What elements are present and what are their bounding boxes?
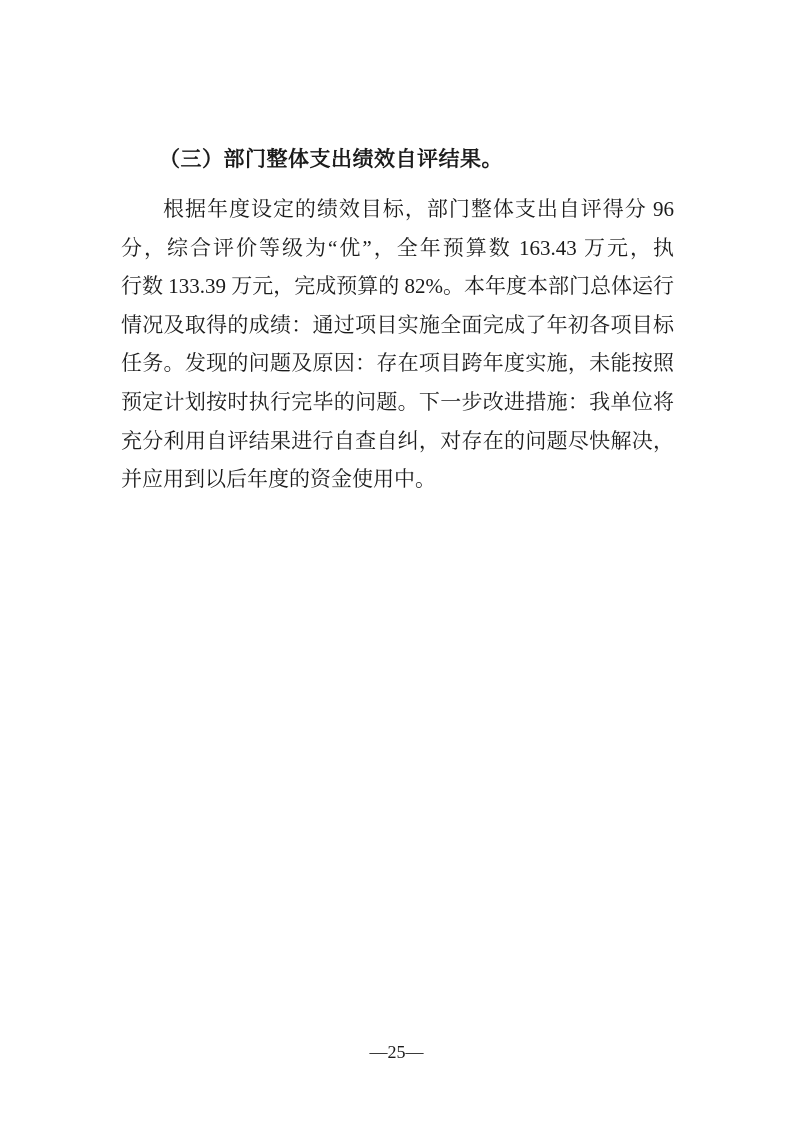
body-line: 任务。发现的问题及原因：存在项目跨年度实施，未能按照: [121, 344, 674, 383]
body-line: 行数 133.39 万元，完成预算的 82%。本年度本部门总体运行: [121, 267, 674, 306]
page-footer: —25—: [0, 1040, 793, 1064]
body-line: 情况及取得的成绩：通过项目实施全面完成了年初各项目标: [121, 306, 674, 345]
section-heading: （三）部门整体支出绩效自评结果。: [121, 146, 674, 172]
document-content: （三）部门整体支出绩效自评结果。 根据年度设定的绩效目标，部门整体支出自评得分 …: [121, 146, 674, 499]
body-line: 预定计划按时执行完毕的问题。下一步改进措施：我单位将: [121, 383, 674, 422]
document-page: （三）部门整体支出绩效自评结果。 根据年度设定的绩效目标，部门整体支出自评得分 …: [0, 0, 793, 1122]
body-paragraph: 根据年度设定的绩效目标，部门整体支出自评得分 96分，综合评价等级为“优”，全年…: [121, 190, 674, 499]
body-line: 根据年度设定的绩效目标，部门整体支出自评得分 96: [121, 190, 674, 229]
body-line: 分，综合评价等级为“优”，全年预算数 163.43 万元，执: [121, 229, 674, 268]
body-line: 充分利用自评结果进行自查自纠，对存在的问题尽快解决，: [121, 422, 674, 461]
page-number: —25—: [370, 1042, 424, 1062]
body-line: 并应用到以后年度的资金使用中。: [121, 460, 674, 499]
